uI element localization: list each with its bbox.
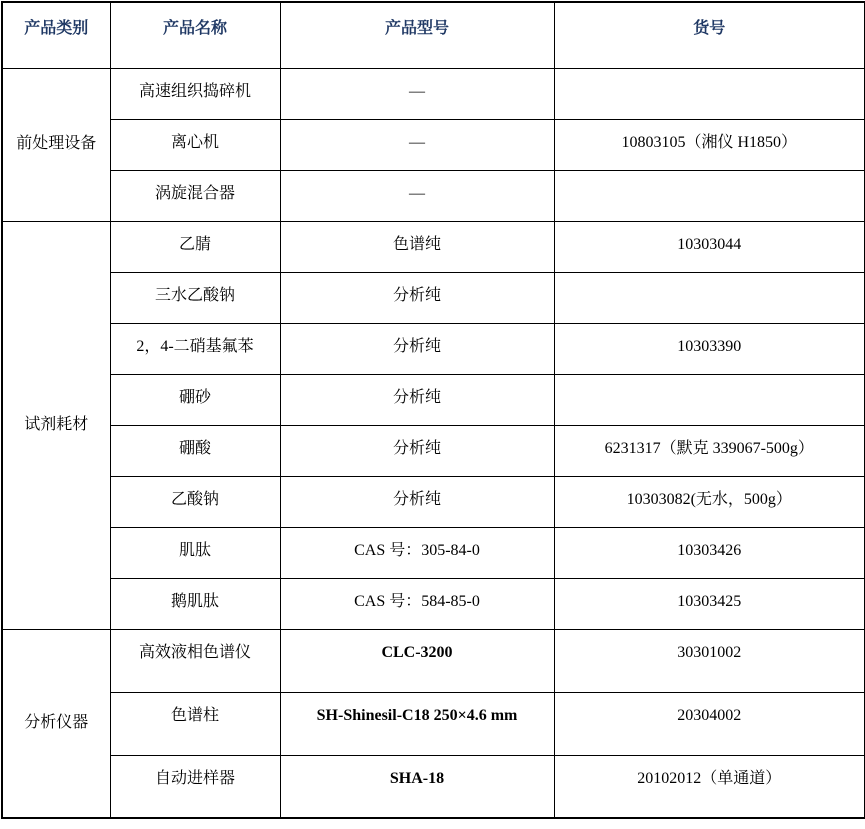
product-name-cell: 肌肽 (110, 527, 280, 578)
catalog-number-cell: 10303082(无水，500g） (554, 476, 865, 527)
product-model-cell: SH-Shinesil-C18 250×4.6 mm (280, 692, 554, 755)
product-name-cell: 乙酸钠 (110, 476, 280, 527)
catalog-number-cell (554, 374, 865, 425)
catalog-number-cell: 10303426 (554, 527, 865, 578)
table-row: 乙酸钠分析纯10303082(无水，500g） (2, 476, 865, 527)
catalog-number-cell: 10303390 (554, 323, 865, 374)
header-product-category: 产品类别 (2, 2, 110, 68)
product-name-cell: 离心机 (110, 119, 280, 170)
product-model-cell: 分析纯 (280, 425, 554, 476)
table-row: 硼酸分析纯6231317（默克 339067-500g） (2, 425, 865, 476)
product-name-cell: 高效液相色谱仪 (110, 629, 280, 692)
table-row: 2，4-二硝基氟苯分析纯10303390 (2, 323, 865, 374)
table-row: 鹅肌肽CAS 号：584-85-010303425 (2, 578, 865, 629)
header-catalog-number: 货号 (554, 2, 865, 68)
product-model-cell: — (280, 68, 554, 119)
product-name-cell: 自动进样器 (110, 755, 280, 818)
category-cell: 前处理设备 (2, 68, 110, 221)
table-row: 分析仪器高效液相色谱仪CLC-320030301002 (2, 629, 865, 692)
table-row: 离心机—10803105（湘仪 H1850） (2, 119, 865, 170)
catalog-number-cell: 6231317（默克 339067-500g） (554, 425, 865, 476)
catalog-number-cell: 10803105（湘仪 H1850） (554, 119, 865, 170)
product-model-cell: CAS 号：305-84-0 (280, 527, 554, 578)
product-model-cell: CLC-3200 (280, 629, 554, 692)
catalog-number-cell (554, 272, 865, 323)
catalog-number-cell: 20102012（单通道） (554, 755, 865, 818)
product-name-cell: 硼酸 (110, 425, 280, 476)
header-product-model: 产品型号 (280, 2, 554, 68)
catalog-number-cell (554, 170, 865, 221)
table-row: 硼砂分析纯 (2, 374, 865, 425)
product-name-cell: 色谱柱 (110, 692, 280, 755)
product-model-cell: 分析纯 (280, 476, 554, 527)
page: 产品类别 产品名称 产品型号 货号 前处理设备高速组织捣碎机—离心机—10803… (0, 0, 865, 829)
product-model-cell: 分析纯 (280, 272, 554, 323)
product-model-cell: 分析纯 (280, 323, 554, 374)
catalog-number-cell: 20304002 (554, 692, 865, 755)
product-model-cell: — (280, 119, 554, 170)
category-cell: 分析仪器 (2, 629, 110, 818)
table-row: 色谱柱SH-Shinesil-C18 250×4.6 mm20304002 (2, 692, 865, 755)
product-name-cell: 三水乙酸钠 (110, 272, 280, 323)
product-name-cell: 硼砂 (110, 374, 280, 425)
table-row: 前处理设备高速组织捣碎机— (2, 68, 865, 119)
table-row: 三水乙酸钠分析纯 (2, 272, 865, 323)
catalog-number-cell: 10303044 (554, 221, 865, 272)
product-name-cell: 乙腈 (110, 221, 280, 272)
product-name-cell: 2，4-二硝基氟苯 (110, 323, 280, 374)
product-name-cell: 涡旋混合器 (110, 170, 280, 221)
table-row: 肌肽CAS 号：305-84-010303426 (2, 527, 865, 578)
catalog-number-cell: 10303425 (554, 578, 865, 629)
product-model-cell: SHA-18 (280, 755, 554, 818)
header-row: 产品类别 产品名称 产品型号 货号 (2, 2, 865, 68)
product-name-cell: 鹅肌肽 (110, 578, 280, 629)
product-model-cell: — (280, 170, 554, 221)
product-table: 产品类别 产品名称 产品型号 货号 前处理设备高速组织捣碎机—离心机—10803… (1, 1, 865, 819)
product-name-cell: 高速组织捣碎机 (110, 68, 280, 119)
table-body: 前处理设备高速组织捣碎机—离心机—10803105（湘仪 H1850）涡旋混合器… (2, 68, 865, 818)
table-row: 涡旋混合器— (2, 170, 865, 221)
category-cell: 试剂耗材 (2, 221, 110, 629)
product-model-cell: 色谱纯 (280, 221, 554, 272)
product-model-cell: 分析纯 (280, 374, 554, 425)
header-product-name: 产品名称 (110, 2, 280, 68)
catalog-number-cell: 30301002 (554, 629, 865, 692)
product-model-cell: CAS 号：584-85-0 (280, 578, 554, 629)
table-row: 试剂耗材乙腈色谱纯10303044 (2, 221, 865, 272)
table-row: 自动进样器SHA-1820102012（单通道） (2, 755, 865, 818)
catalog-number-cell (554, 68, 865, 119)
